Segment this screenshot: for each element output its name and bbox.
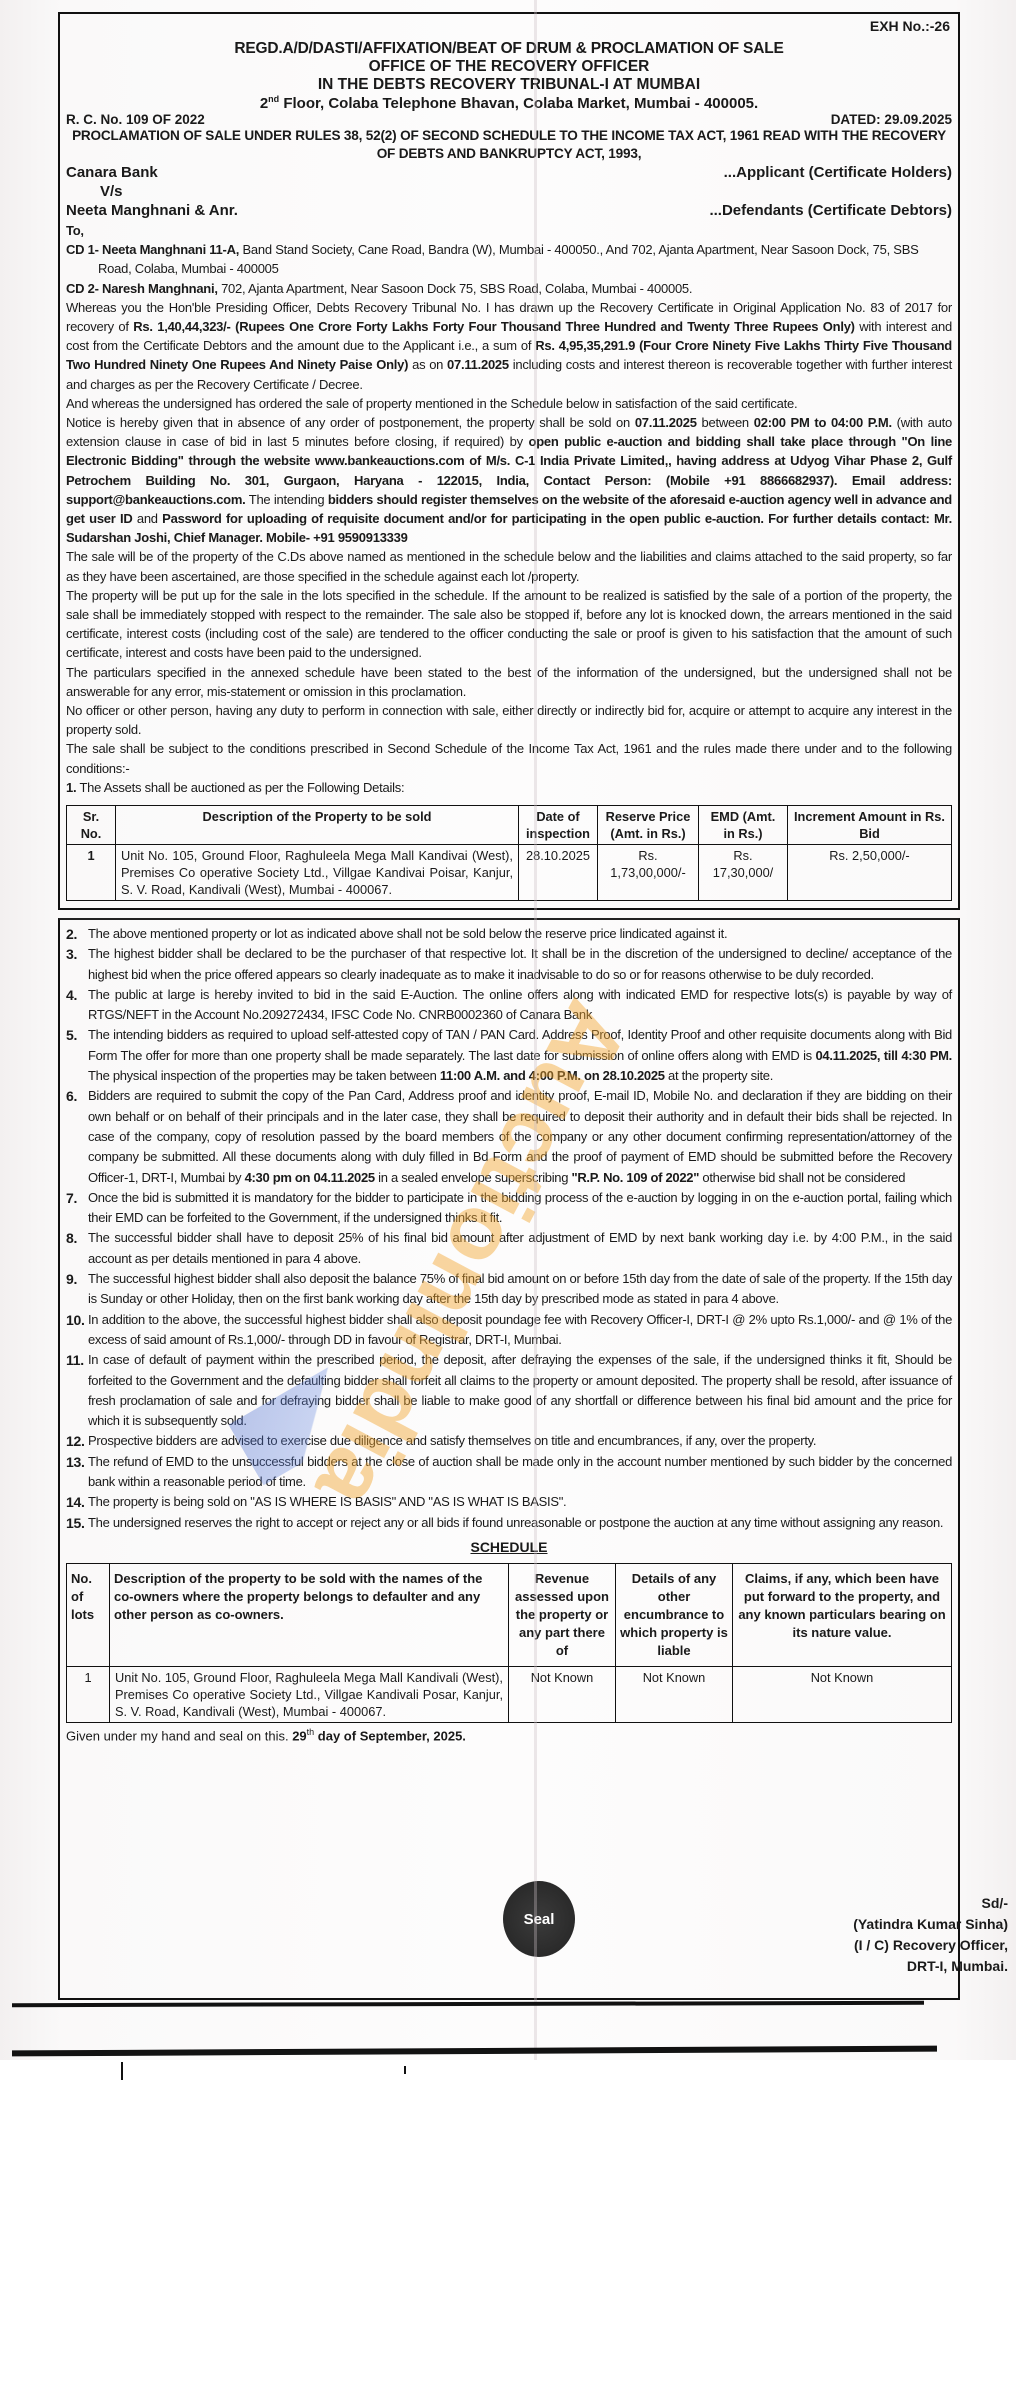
proclamation-top-section: EXH No.:-26 REGD.A/D/DASTI/AFFIXATION/BE… (58, 12, 960, 910)
proclamation-heading: PROCLAMATION OF SALE UNDER RULES 38, 52(… (66, 127, 952, 163)
given-under-hand: Given under my hand and seal on this. 29… (66, 1727, 952, 1743)
condition-15: 15.The undersigned reserves the right to… (66, 1513, 952, 1533)
document-page: EXH No.:-26 REGD.A/D/DASTI/AFFIXATION/BE… (0, 0, 1016, 2408)
to-label: To, (66, 221, 952, 240)
applicant-row: Canara Bank ...Applicant (Certificate Ho… (66, 163, 952, 183)
condition-3: 3.The highest bidder shall be declared t… (66, 944, 952, 985)
particulars-paragraph: The particulars specified in the annexed… (66, 663, 952, 701)
auction-table-header: Sr. No. Description of the Property to b… (67, 806, 952, 845)
conditions-paragraph: The sale shall be subject to the conditi… (66, 739, 952, 777)
signature-block: Sd/- (Yatindra Kumar Sinha) (I / C) Reco… (853, 1893, 1008, 1977)
notice-paragraph: Notice is hereby given that in absence o… (66, 413, 952, 547)
condition-9: 9.The successful highest bidder shall al… (66, 1269, 952, 1310)
officer-paragraph: No officer or other person, having any d… (66, 701, 952, 739)
paper-fold-line (534, 0, 537, 2060)
condition-2: 2.The above mentioned property or lot as… (66, 924, 952, 944)
defendant-row: Neeta Manghnani & Anr. ...Defendants (Ce… (66, 201, 952, 221)
condition-1: 1. The Assets shall be auctioned as per … (66, 778, 952, 797)
condition-10: 10.In addition to the above, the success… (66, 1310, 952, 1351)
condition-11: 11.In case of default of payment within … (66, 1350, 952, 1431)
dated: DATED: 29.09.2025 (831, 112, 952, 127)
office-address: 2nd Floor, Colaba Telephone Bhavan, Cola… (66, 94, 952, 112)
signatory-name: (Yatindra Kumar Sinha) (853, 1914, 1008, 1935)
scan-mark (121, 2062, 123, 2080)
signed-mark: Sd/- (853, 1893, 1008, 1914)
schedule-table-header: No. of lots Description of the property … (67, 1563, 952, 1666)
versus: V/s (66, 183, 952, 201)
schedule-title: SCHEDULE (66, 1539, 952, 1555)
table-row: 1 Unit No. 105, Ground Floor, Raghuleela… (67, 845, 952, 901)
cd2-address: CD 2- Naresh Manghnani, 702, Ajanta Apar… (66, 279, 952, 298)
signatory-office: DRT-I, Mumbai. (853, 1956, 1008, 1977)
applicant-name: Canara Bank (66, 163, 158, 183)
defendant-role: ...Defendants (Certificate Debtors) (709, 201, 952, 221)
condition-6: 6.Bidders are required to submit the cop… (66, 1086, 952, 1187)
cd1-address: CD 1- Neeta Manghnani 11-A, Band Stand S… (66, 240, 952, 278)
order-paragraph: And whereas the undersigned has ordered … (66, 394, 952, 413)
rc-number: R. C. No. 109 OF 2022 (66, 112, 205, 127)
auction-details-table: Sr. No. Description of the Property to b… (66, 805, 952, 901)
condition-8: 8.The successful bidder shall have to de… (66, 1228, 952, 1269)
office-title: OFFICE OF THE RECOVERY OFFICER (66, 58, 952, 76)
case-row: R. C. No. 109 OF 2022 DATED: 29.09.2025 (66, 112, 952, 127)
condition-5: 5.The intending bidders as required to u… (66, 1025, 952, 1086)
header-line-1: REGD.A/D/DASTI/AFFIXATION/BEAT OF DRUM &… (66, 40, 952, 58)
condition-13: 13.The refund of EMD to the unsuccessful… (66, 1452, 952, 1493)
defendant-name: Neeta Manghnani & Anr. (66, 201, 238, 221)
lots-paragraph: The property will be put up for the sale… (66, 586, 952, 663)
condition-14: 14.The property is being sold on "AS IS … (66, 1492, 952, 1512)
schedule-table: No. of lots Description of the property … (66, 1563, 952, 1723)
sale-paragraph: The sale will be of the property of the … (66, 547, 952, 585)
tribunal-title: IN THE DEBTS RECOVERY TRIBUNAL-I AT MUMB… (66, 76, 952, 94)
signatory-designation: (I / C) Recovery Officer, (853, 1935, 1008, 1956)
proclamation-conditions-section: 2.The above mentioned property or lot as… (58, 918, 960, 2000)
exhibit-number: EXH No.:-26 (870, 18, 950, 34)
condition-12: 12.Prospective bidders are advised to ex… (66, 1431, 952, 1451)
recovery-paragraph: Whereas you the Hon'ble Presiding Office… (66, 298, 952, 394)
conditions-list: 2.The above mentioned property or lot as… (66, 924, 952, 1533)
condition-4: 4.The public at large is hereby invited … (66, 985, 952, 1026)
scan-mark (404, 2066, 406, 2074)
official-seal: Seal (503, 1881, 575, 1957)
applicant-role: ...Applicant (Certificate Holders) (724, 163, 952, 183)
table-row: 1 Unit No. 105, Ground Floor, Raghuleela… (67, 1666, 952, 1722)
condition-7: 7.Once the bid is submitted it is mandat… (66, 1188, 952, 1229)
